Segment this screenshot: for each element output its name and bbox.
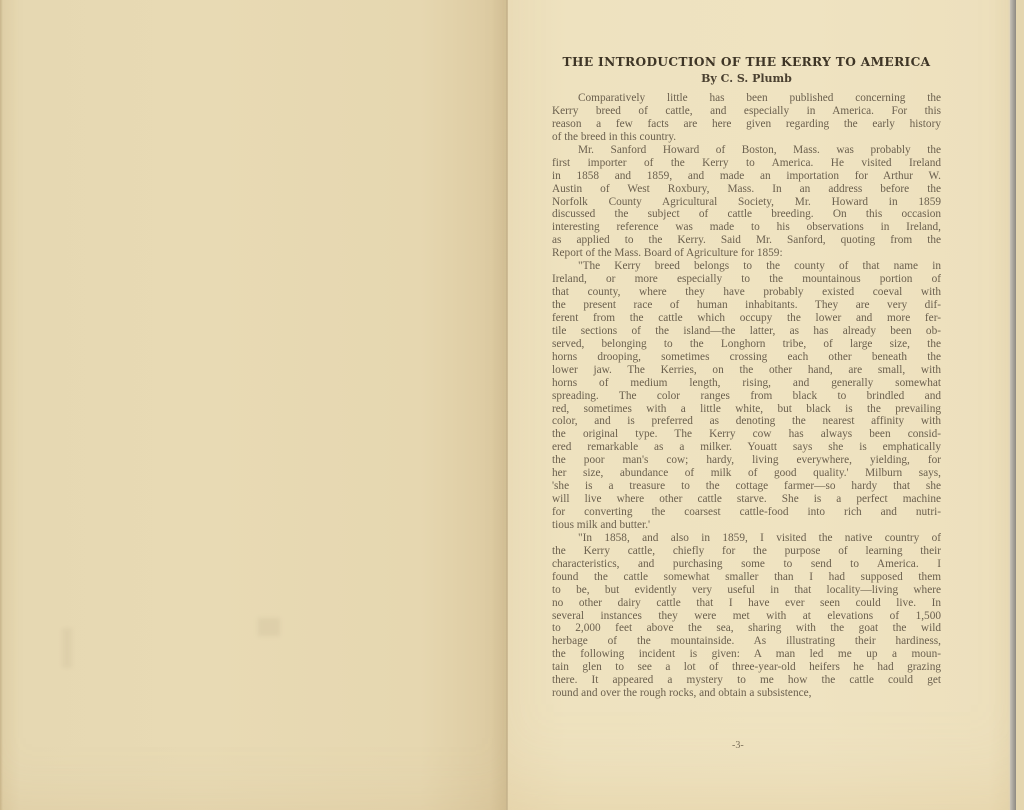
page-number: -3- [732, 740, 744, 751]
text-line: spreading. The color ranges from black t… [552, 390, 941, 403]
text-line: horns of medium length, rising, and gene… [552, 377, 941, 390]
text-line: her size, abundance of milk of good qual… [552, 467, 941, 480]
text-line: characteristics, and purchasing some to … [552, 558, 941, 571]
article-paragraph: Comparatively little has been published … [552, 92, 941, 144]
text-line: that county, where they have probably ex… [552, 286, 941, 299]
text-line: color, and is preferred as denoting the … [552, 415, 941, 428]
text-line: served, belonging to the Longhorn tribe,… [552, 338, 941, 351]
text-line: there. It appeared a mystery to me how t… [552, 674, 941, 687]
text-line: reason a few facts are here given regard… [552, 118, 941, 131]
text-line: the following incident is given: A man l… [552, 648, 941, 661]
text-line: of the breed in this country. [552, 131, 941, 144]
article-title: THE INTRODUCTION OF THE KERRY TO AMERICA [552, 53, 941, 71]
left-page-blank [0, 0, 508, 810]
text-line: lower jaw. The Kerries, on the other han… [552, 364, 941, 377]
text-line: to be, but evidently very useful in that… [552, 584, 941, 597]
text-line: Mr. Sanford Howard of Boston, Mass. was … [552, 144, 941, 157]
bleed-through-mark [258, 618, 280, 636]
text-line: to 2,000 feet above the sea, sharing wit… [552, 622, 941, 635]
text-line: interesting reference was made to his ob… [552, 221, 941, 234]
text-line: Norfolk County Agricultural Society, Mr.… [552, 196, 941, 209]
text-line: ferent from the cattle which occupy the … [552, 312, 941, 325]
article-body: Comparatively little has been published … [552, 92, 941, 700]
text-line: discussed the subject of cattle breeding… [552, 208, 941, 221]
text-line: "In 1858, and also in 1859, I visited th… [552, 532, 941, 545]
article-paragraph: Mr. Sanford Howard of Boston, Mass. was … [552, 144, 941, 260]
text-line: "The Kerry breed belongs to the county o… [552, 260, 941, 273]
article-paragraph: "In 1858, and also in 1859, I visited th… [552, 532, 941, 700]
text-line: ered remarkable as a milker. Youatt says… [552, 441, 941, 454]
page-edge [1010, 0, 1016, 810]
text-line: the Kerry cattle, chiefly for the purpos… [552, 545, 941, 558]
text-line: will live where other cattle starve. She… [552, 493, 941, 506]
right-page: THE INTRODUCTION OF THE KERRY TO AMERICA… [508, 0, 1016, 810]
text-line: found the cattle somewhat smaller than I… [552, 571, 941, 584]
text-line: herbage of the mountainside. As illustra… [552, 635, 941, 648]
text-line: the present race of human inhabitants. T… [552, 299, 941, 312]
text-line: Comparatively little has been published … [552, 92, 941, 105]
text-line: no other dairy cattle that I have ever s… [552, 597, 941, 610]
text-line: the original type. The Kerry cow has alw… [552, 428, 941, 441]
text-line: first importer of the Kerry to America. … [552, 157, 941, 170]
text-line: in 1858 and 1859, and made an importatio… [552, 170, 941, 183]
text-line: Austin of West Roxbury, Mass. In an addr… [552, 183, 941, 196]
text-line: for converting the coarsest cattle-food … [552, 506, 941, 519]
text-line: tious milk and butter.' [552, 519, 941, 532]
bleed-through-mark [62, 628, 72, 668]
text-line: 'she is a treasure to the cottage farmer… [552, 480, 941, 493]
text-line: Report of the Mass. Board of Agriculture… [552, 247, 941, 260]
article: THE INTRODUCTION OF THE KERRY TO AMERICA… [552, 53, 941, 700]
text-line: red, sometimes with a little white, but … [552, 403, 941, 416]
text-line: Kerry breed of cattle, and especially in… [552, 105, 941, 118]
text-line: the poor man's cow; hardy, living everyw… [552, 454, 941, 467]
text-line: Ireland, or more especially to the mount… [552, 273, 941, 286]
text-line: round and over the rough rocks, and obta… [552, 687, 941, 700]
book-spread: THE INTRODUCTION OF THE KERRY TO AMERICA… [0, 0, 1024, 810]
article-byline: By C. S. Plumb [552, 71, 941, 87]
text-line: several instances they were met with at … [552, 610, 941, 623]
text-line: as applied to the Kerry. Said Mr. Sanfor… [552, 234, 941, 247]
text-line: tain glen to see a lot of three-year-old… [552, 661, 941, 674]
text-line: horns drooping, sometimes crossing each … [552, 351, 941, 364]
article-paragraph: "The Kerry breed belongs to the county o… [552, 260, 941, 532]
text-line: tile sections of the island—the latter, … [552, 325, 941, 338]
